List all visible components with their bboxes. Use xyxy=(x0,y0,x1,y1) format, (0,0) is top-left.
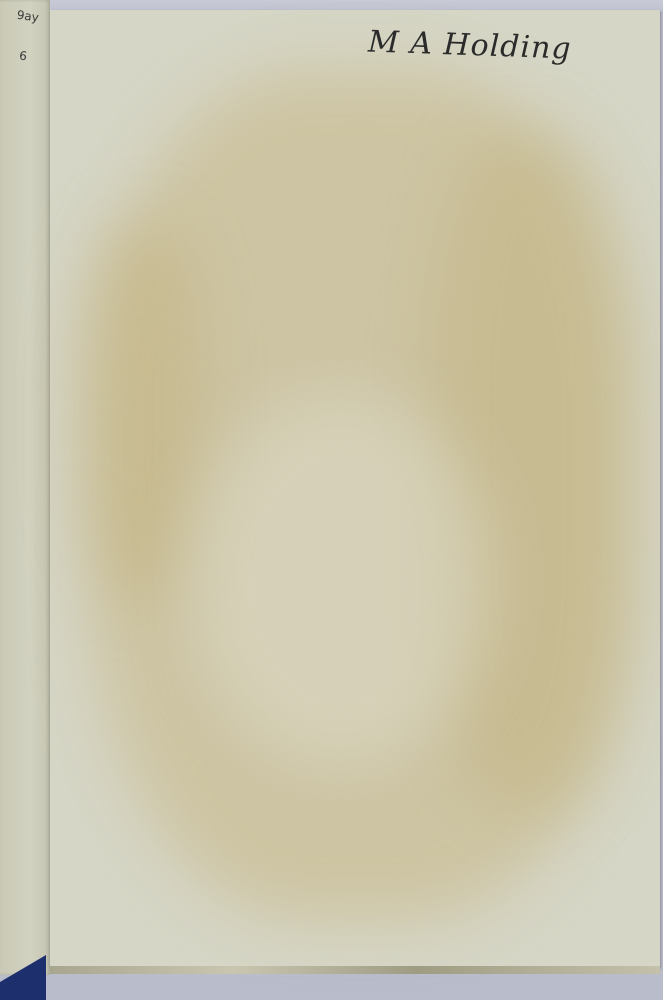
flyleaf-page: M A Holding xyxy=(50,10,660,968)
handwritten-inscription: M A Holding xyxy=(367,24,572,66)
page-bottom-edge xyxy=(50,966,660,974)
light-patch xyxy=(190,390,490,770)
pencil-note: 9ay 6 xyxy=(10,7,40,66)
pencil-note-line-2: 6 xyxy=(10,46,34,65)
left-facing-page: 9ay 6 xyxy=(0,0,50,975)
pencil-note-line-1: 9ay xyxy=(16,7,40,26)
water-stain-left xyxy=(80,220,200,600)
